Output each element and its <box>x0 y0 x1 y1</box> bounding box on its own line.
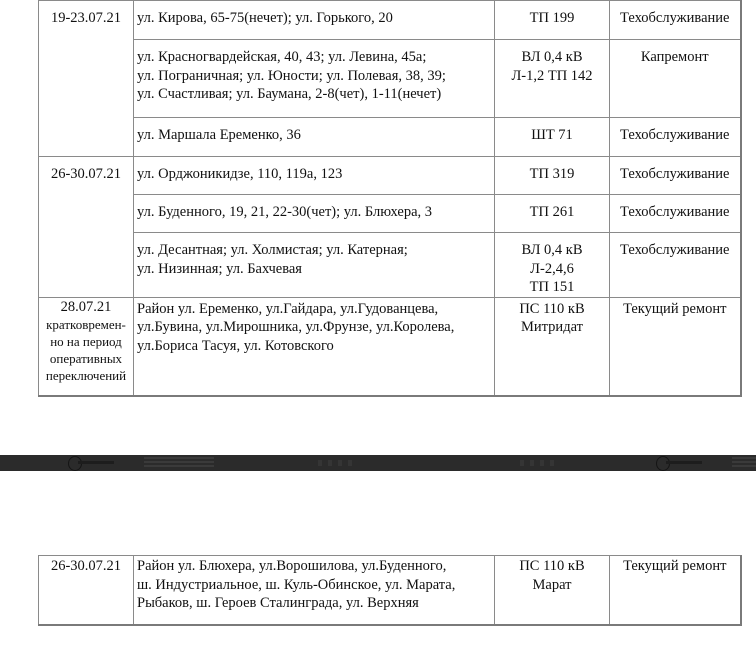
date-cell: 26-30.07.21 <box>39 556 134 625</box>
banner-decoration <box>520 460 560 466</box>
date-cell: 19-23.07.21 <box>39 1 134 157</box>
table-row: 26-30.07.21 ул. Орджоникидзе, 110, 119а,… <box>39 157 741 195</box>
address-cell: ул. Орджоникидзе, 110, 119а, 123 <box>134 157 495 195</box>
address-cell: ул. Десантная; ул. Холмистая; ул. Катерн… <box>134 233 495 298</box>
table-row: 19-23.07.21 ул. Кирова, 65-75(нечет); ул… <box>39 1 741 40</box>
work-type-cell: Капремонт <box>610 40 741 118</box>
work-type-cell: Техобслуживание <box>610 1 741 40</box>
date-cell: 26-30.07.21 <box>39 157 134 298</box>
table-row: ул. Красногвардейская, 40, 43; ул. Левин… <box>39 40 741 118</box>
work-type-cell: Техобслуживание <box>610 195 741 233</box>
table-row: 28.07.21 кратковремен-но на период опера… <box>39 297 741 396</box>
date-text: 28.07.21 <box>40 298 132 316</box>
work-type-cell: Техобслуживание <box>610 157 741 195</box>
address-cell: ул. Красногвардейская, 40, 43; ул. Левин… <box>134 40 495 118</box>
date-note: кратковремен-но на период оперативных пе… <box>46 317 126 383</box>
table-row: ул. Буденного, 19, 21, 22-30(чет); ул. Б… <box>39 195 741 233</box>
object-cell: ТП 319 <box>495 157 610 195</box>
address-cell: ул. Кирова, 65-75(нечет); ул. Горького, … <box>134 1 495 40</box>
object-cell: ПС 110 кВ Марат <box>495 556 610 625</box>
date-cell: 28.07.21 кратковремен-но на период опера… <box>39 297 134 396</box>
outage-schedule-table: 19-23.07.21 ул. Кирова, 65-75(нечет); ул… <box>38 0 742 397</box>
object-cell: ВЛ 0,4 кВ Л-2,4,6 ТП 151 <box>495 233 610 298</box>
address-cell: ул. Буденного, 19, 21, 22-30(чет); ул. Б… <box>134 195 495 233</box>
object-cell: ТП 199 <box>495 1 610 40</box>
work-type-cell: Техобслуживание <box>610 118 741 157</box>
object-cell: ШТ 71 <box>495 118 610 157</box>
company-logo-icon <box>656 456 702 470</box>
object-cell: ТП 261 <box>495 195 610 233</box>
table-row: ул. Маршала Еременко, 36 ШТ 71 Техобслуж… <box>39 118 741 157</box>
address-cell: Район ул. Блюхера, ул.Ворошилова, ул.Буд… <box>134 556 495 625</box>
address-cell: ул. Маршала Еременко, 36 <box>134 118 495 157</box>
table-row: 26-30.07.21 Район ул. Блюхера, ул.Вороши… <box>39 556 741 625</box>
page-break-banner <box>0 455 756 471</box>
work-type-cell: Текущий ремонт <box>610 297 741 396</box>
work-type-cell: Текущий ремонт <box>610 556 741 625</box>
company-logo-icon <box>68 456 114 470</box>
object-cell: ПС 110 кВ Митридат <box>495 297 610 396</box>
work-type-cell: Техобслуживание <box>610 233 741 298</box>
banner-text-block <box>144 457 214 469</box>
address-cell: Район ул. Еременко, ул.Гайдара, ул.Гудов… <box>134 297 495 396</box>
banner-decoration <box>318 460 358 466</box>
table-row: ул. Десантная; ул. Холмистая; ул. Катерн… <box>39 233 741 298</box>
outage-schedule-table-continued: 26-30.07.21 Район ул. Блюхера, ул.Вороши… <box>38 555 742 626</box>
object-cell: ВЛ 0,4 кВ Л-1,2 ТП 142 <box>495 40 610 118</box>
banner-text-block <box>732 457 756 469</box>
